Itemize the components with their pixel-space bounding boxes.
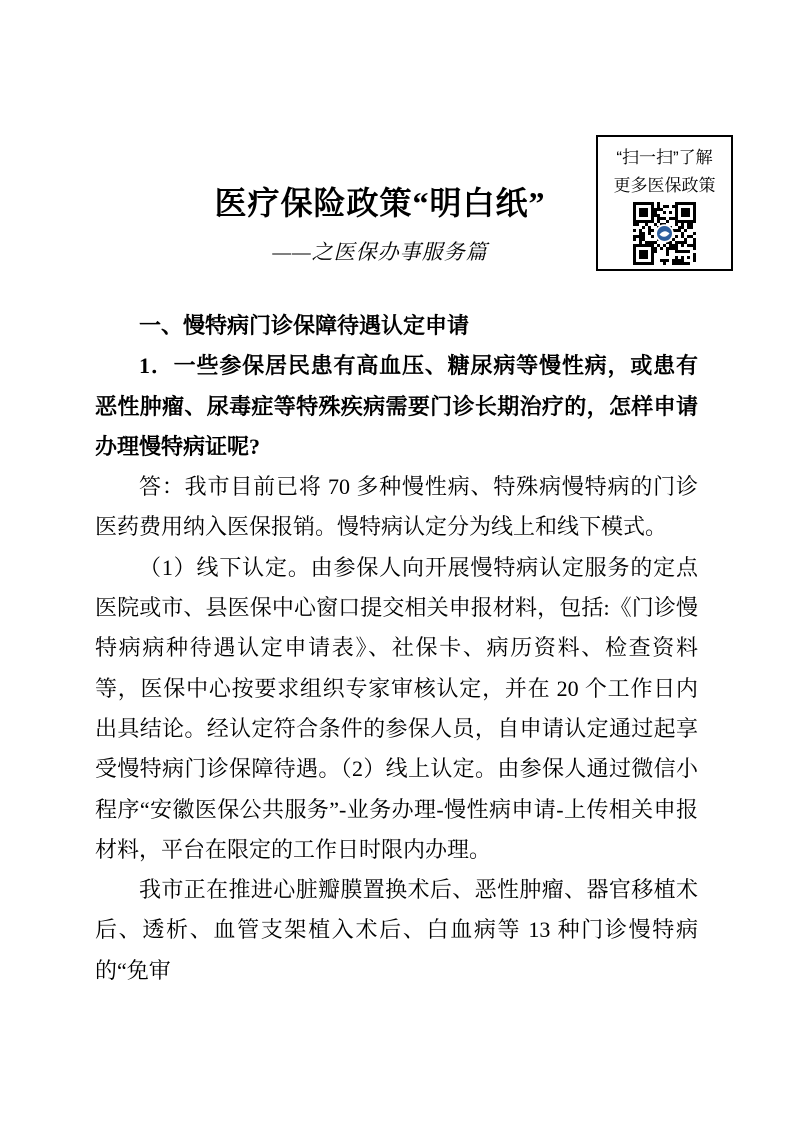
qr-panel: “扫一扫”了解 更多医保政策 — [596, 135, 733, 271]
qr-caption-line1: “扫一扫”了解 — [598, 144, 731, 172]
qr-code-icon — [633, 202, 696, 265]
section-heading: 一、慢特病门诊保障待遇认定申请 — [95, 306, 698, 346]
document-body: 一、慢特病门诊保障待遇认定申请 1．一些参保居民患有高血压、糖尿病等慢性病，或患… — [95, 306, 698, 991]
question-paragraph: 1．一些参保居民患有高血压、糖尿病等慢性病，或患有恶性肿瘤、尿毒症等特殊疾病需要… — [95, 346, 698, 467]
answer-paragraph: （1）线下认定。由参保人向开展慢特病认定服务的定点医院或市、县医保中心窗口提交相… — [95, 548, 698, 870]
answer-paragraph: 答：我市目前已将 70 多种慢性病、特殊病慢特病的门诊医药费用纳入医保报销。慢特… — [95, 467, 698, 548]
qr-caption-line2: 更多医保政策 — [598, 172, 731, 200]
document-page: 医疗保险政策“明白纸” ——之医保办事服务篇 “扫一扫”了解 更多医保政策 一、… — [0, 0, 793, 1122]
answer-paragraph: 我市正在推进心脏瓣膜置换术后、恶性肿瘤、器官移植术后、透析、血管支架植入术后、白… — [95, 870, 698, 991]
